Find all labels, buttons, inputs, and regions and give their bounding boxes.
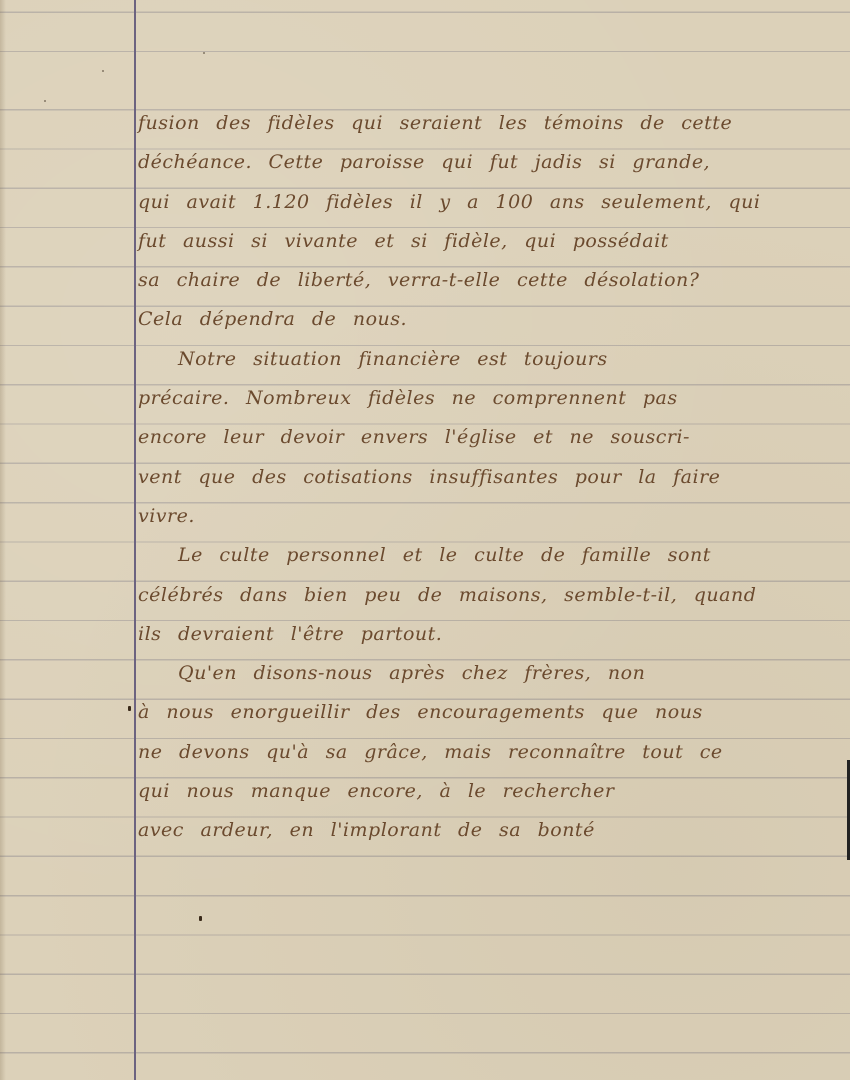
text-line: ils devraient l'être partout. <box>138 615 838 654</box>
text-line: Cela dépendra de nous. <box>138 300 838 339</box>
text-line: sa chaire de liberté, verra-t-elle cette… <box>138 261 838 300</box>
text-line: fut aussi si vivante et si fidèle, qui p… <box>138 222 838 261</box>
manuscript-page: fusion des fidèles qui seraient les témo… <box>0 0 850 1080</box>
text-line: fusion des fidèles qui seraient les témo… <box>138 104 838 143</box>
ink-speck <box>199 916 202 921</box>
text-line: Qu'en disons-nous après chez frères, non <box>138 654 838 693</box>
text-line: vent que des cotisations insuffisantes p… <box>138 458 838 497</box>
handwritten-text: fusion des fidèles qui seraient les témo… <box>138 112 838 859</box>
text-line: précaire. Nombreux fidèles ne comprennen… <box>138 379 838 418</box>
margin-rule <box>134 0 136 1080</box>
page-edge-shadow <box>0 0 6 1080</box>
text-line: qui nous manque encore, à le rechercher <box>138 772 838 811</box>
ink-speck <box>128 706 131 711</box>
paper-speck <box>102 70 104 72</box>
text-line: encore leur devoir envers l'église et ne… <box>138 418 838 457</box>
text-line: Notre situation financière est toujours <box>138 340 838 379</box>
text-line: déchéance. Cette paroisse qui fut jadis … <box>138 143 838 182</box>
paper-speck <box>203 52 205 54</box>
text-line: vivre. <box>138 497 838 536</box>
text-line: qui avait 1.120 fidèles il y a 100 ans s… <box>138 183 838 222</box>
text-line: à nous enorgueillir des encouragements q… <box>138 693 838 732</box>
text-line: ne devons qu'à sa grâce, mais reconnaîtr… <box>138 733 838 772</box>
text-line: célébrés dans bien peu de maisons, sembl… <box>138 576 838 615</box>
paper-speck <box>44 100 46 102</box>
text-line: avec ardeur, en l'implorant de sa bonté <box>138 811 838 850</box>
text-line: Le culte personnel et le culte de famill… <box>138 536 838 575</box>
